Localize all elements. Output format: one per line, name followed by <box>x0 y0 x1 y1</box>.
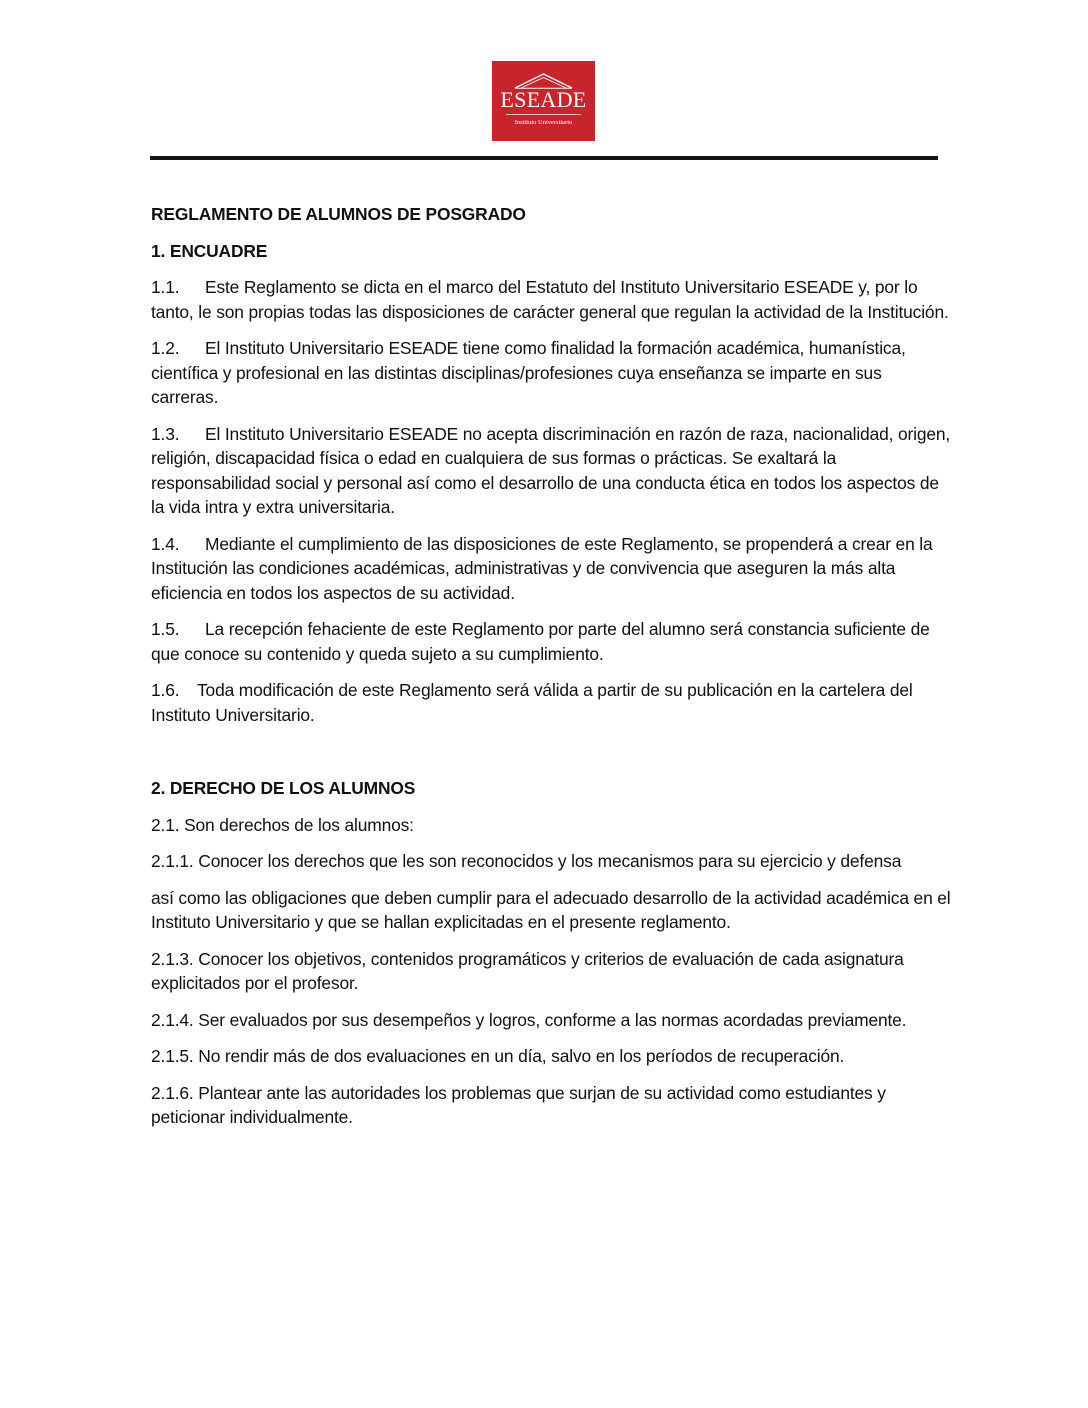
article-2-1-6: 2.1.6. Plantear ante las autoridades los… <box>151 1081 951 1130</box>
article-2-1-1-continued: así como las obligaciones que deben cump… <box>151 886 951 935</box>
logo-subtitle: Instituto Universitario <box>492 119 595 127</box>
article-text: El Instituto Universitario ESEADE tiene … <box>151 338 906 407</box>
article-text: Este Reglamento se dicta en el marco del… <box>151 277 949 322</box>
article-2-1-4: 2.1.4. Ser evaluados por sus desempeños … <box>151 1008 951 1033</box>
document-body: REGLAMENTO DE ALUMNOS DE POSGRADO 1. ENC… <box>151 202 951 1142</box>
article-number: 1.6. <box>151 678 197 703</box>
article-1-4: 1.4.Mediante el cumplimiento de las disp… <box>151 532 951 606</box>
article-number: 1.4. <box>151 532 205 557</box>
article-number: 1.2. <box>151 336 205 361</box>
article-1-5: 1.5.La recepción fehaciente de este Regl… <box>151 617 951 666</box>
article-2-1-5: 2.1.5. No rendir más de dos evaluaciones… <box>151 1044 951 1069</box>
article-1-3: 1.3.El Instituto Universitario ESEADE no… <box>151 422 951 520</box>
eseade-logo: ESEADE Instituto Universitario <box>492 61 595 141</box>
article-number: 1.3. <box>151 422 205 447</box>
article-2-1: 2.1. Son derechos de los alumnos: <box>151 813 951 838</box>
logo-brand-name: ESEADE <box>492 88 595 112</box>
article-number: 1.1. <box>151 275 205 300</box>
section-heading: 2. DERECHO DE LOS ALUMNOS <box>151 776 951 801</box>
header-divider <box>150 156 938 160</box>
article-text: El Instituto Universitario ESEADE no ace… <box>151 424 950 518</box>
logo-divider <box>506 114 581 115</box>
document-title: REGLAMENTO DE ALUMNOS DE POSGRADO <box>151 202 951 227</box>
article-text: Toda modificación de este Reglamento ser… <box>151 680 913 725</box>
article-text: Mediante el cumplimiento de las disposic… <box>151 534 933 603</box>
article-1-6: 1.6.Toda modificación de este Reglamento… <box>151 678 951 727</box>
article-1-2: 1.2.El Instituto Universitario ESEADE ti… <box>151 336 951 410</box>
section-heading: 1. ENCUADRE <box>151 239 951 264</box>
section-spacer <box>151 739 951 776</box>
article-text: La recepción fehaciente de este Reglamen… <box>151 619 930 664</box>
article-2-1-1: 2.1.1. Conocer los derechos que les son … <box>151 849 951 874</box>
article-number: 1.5. <box>151 617 205 642</box>
article-2-1-3: 2.1.3. Conocer los objetivos, contenidos… <box>151 947 951 996</box>
article-1-1: 1.1.Este Reglamento se dicta en el marco… <box>151 275 951 324</box>
